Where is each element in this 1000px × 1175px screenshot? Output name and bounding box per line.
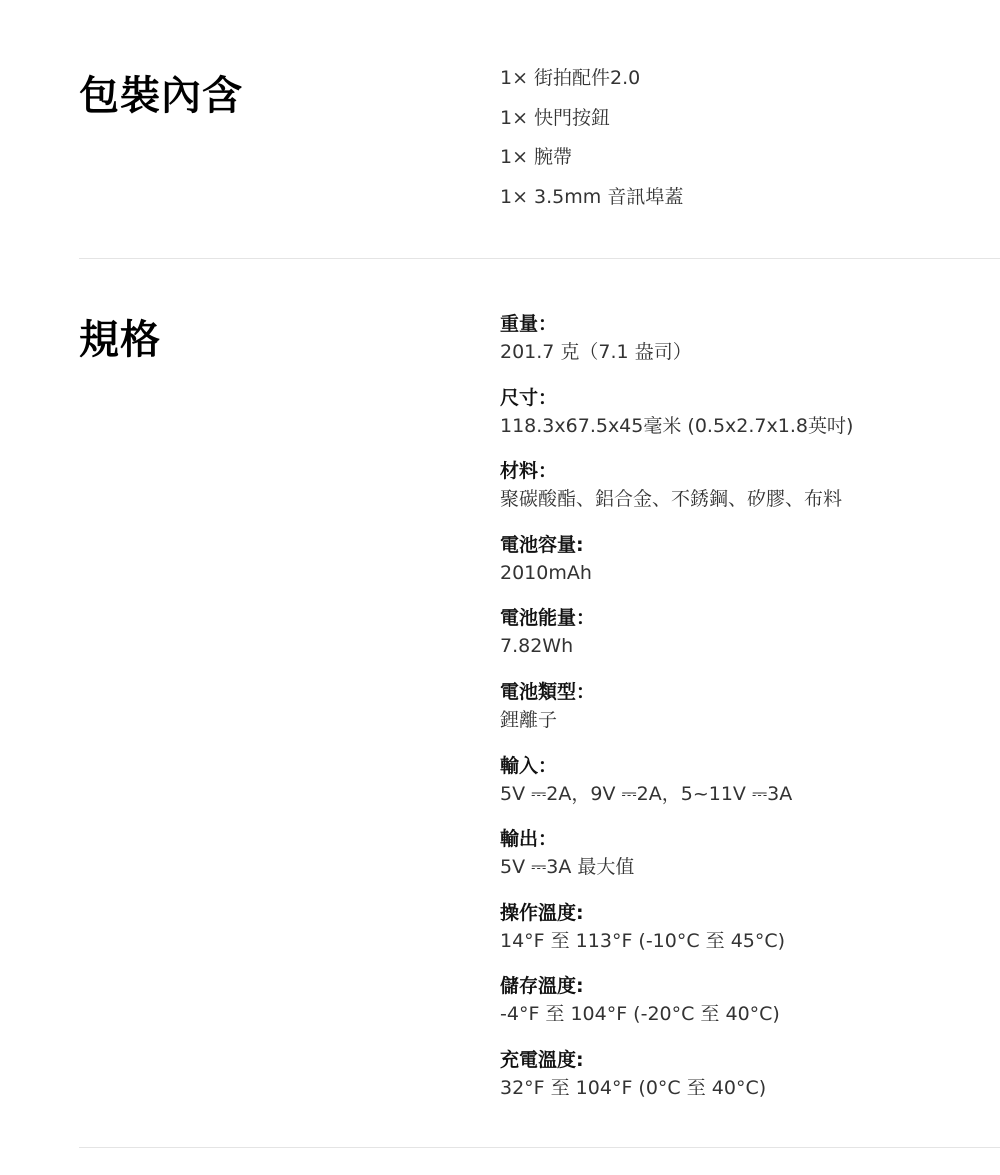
spec-output: 輸出： 5V ⎓3A 最大值 [500,827,853,901]
spec-value: 32°F 至 104°F (0°C 至 40°C) [500,1076,853,1100]
spec-charging-temperature: 充電溫度: 32°F 至 104°F (0°C 至 40°C) [500,1048,853,1122]
spec-value: 201.7 克（7.1 盎司） [500,340,853,364]
spec-value: 5V ⎓3A 最大值 [500,855,853,879]
section-divider [79,258,1000,259]
package-item: 1× 街拍配件2.0 [500,66,683,106]
spec-value: 5V ⎓2A，9V ⎓2A，5~11V ⎓3A [500,782,853,806]
spec-label: 材料： [500,459,853,487]
package-item: 1× 腕帶 [500,145,683,185]
package-item: 1× 快門按鈕 [500,106,683,146]
specs-title: 規格 [79,320,161,360]
package-item: 1× 3.5mm 音訊埠蓋 [500,185,683,225]
spec-battery-capacity: 電池容量: 2010mAh [500,533,853,607]
spec-label: 輸入： [500,754,853,782]
spec-value: 14°F 至 113°F (-10°C 至 45°C) [500,929,853,953]
spec-label: 電池類型： [500,680,853,708]
spec-value: 118.3x67.5x45毫米 (0.5x2.7x1.8英吋) [500,414,853,438]
section-divider [79,1147,1000,1148]
spec-label: 儲存溫度: [500,974,853,1002]
spec-value: 聚碳酸酯、鋁合金、不銹鋼、矽膠、布料 [500,487,853,511]
spec-input: 輸入： 5V ⎓2A，9V ⎓2A，5~11V ⎓3A [500,754,853,828]
package-body: 1× 街拍配件2.0 1× 快門按鈕 1× 腕帶 1× 3.5mm 音訊埠蓋 [500,66,683,224]
spec-label: 電池能量： [500,606,853,634]
spec-storage-temperature: 儲存溫度: -4°F 至 104°F (-20°C 至 40°C) [500,974,853,1048]
spec-battery-energy: 電池能量： 7.82Wh [500,606,853,680]
spec-label: 電池容量: [500,533,853,561]
spec-materials: 材料： 聚碳酸酯、鋁合金、不銹鋼、矽膠、布料 [500,459,853,533]
spec-weight: 重量： 201.7 克（7.1 盎司） [500,312,853,386]
spec-value: 7.82Wh [500,634,853,658]
spec-operating-temperature: 操作溫度: 14°F 至 113°F (-10°C 至 45°C) [500,901,853,975]
spec-battery-type: 電池類型： 鋰離子 [500,680,853,754]
spec-value: -4°F 至 104°F (-20°C 至 40°C) [500,1002,853,1026]
spec-value: 鋰離子 [500,708,853,732]
spec-label: 充電溫度: [500,1048,853,1076]
spec-dimensions: 尺寸： 118.3x67.5x45毫米 (0.5x2.7x1.8英吋) [500,386,853,460]
spec-value: 2010mAh [500,561,853,585]
spec-label: 尺寸： [500,386,853,414]
specs-body: 重量： 201.7 克（7.1 盎司） 尺寸： 118.3x67.5x45毫米 … [500,312,853,1122]
package-title: 包裝內含 [79,76,243,116]
spec-label: 操作溫度: [500,901,853,929]
spec-label: 重量： [500,312,853,340]
package-list: 1× 街拍配件2.0 1× 快門按鈕 1× 腕帶 1× 3.5mm 音訊埠蓋 [500,66,683,224]
spec-label: 輸出： [500,827,853,855]
